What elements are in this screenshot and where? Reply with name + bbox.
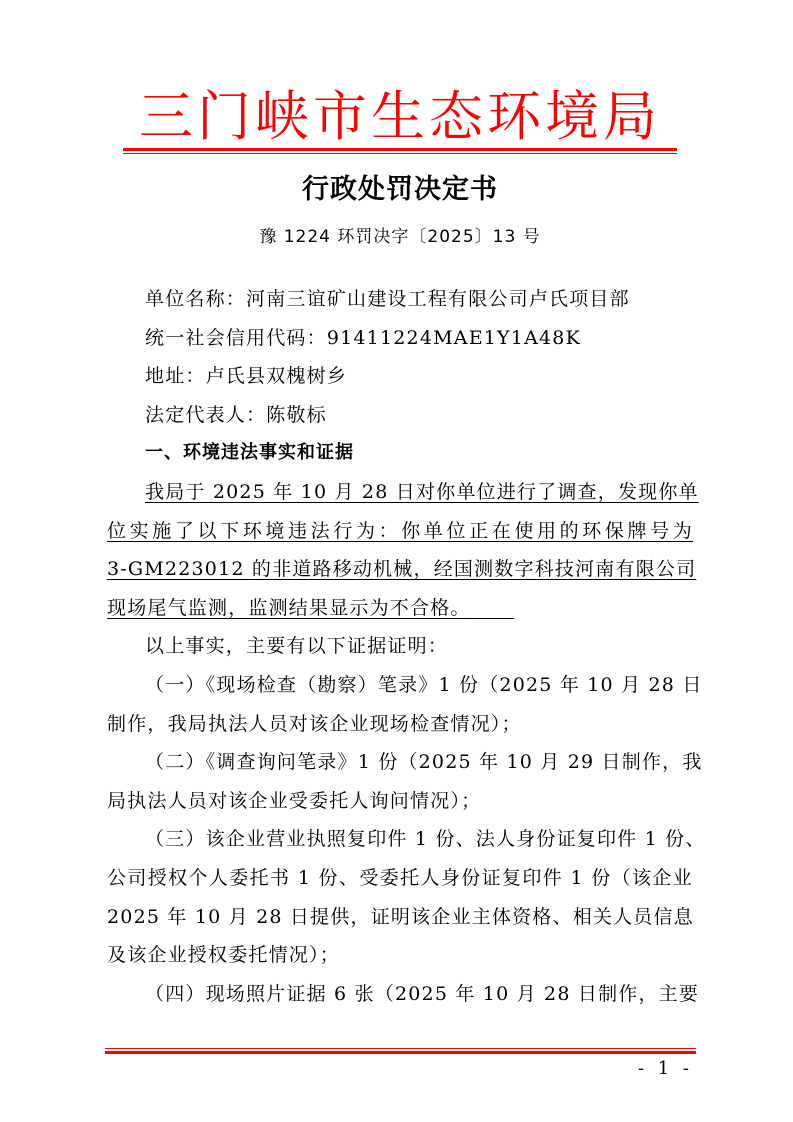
document-page: 三门峡市生态环境局 行政处罚决定书 豫 1224 环罚决字〔2025〕13 号 … [0,0,793,1122]
evidence-1-line-1: （一）《现场检查（勘察）笔录》1 份（2025 年 10 月 28 日 [107,666,693,705]
section-heading-facts: 一、环境违法事实和证据 [107,434,693,473]
evidence-3-line-4: 及该企业授权委托情况）； [107,936,693,975]
unit-name-value: 河南三谊矿山建设工程有限公司卢氏项目部 [246,288,630,310]
facts-text: 我局于 2025 年 10 月 28 日对你单位进行了调查，发现你单 [145,481,699,503]
facts-line-1: 我局于 2025 年 10 月 28 日对你单位进行了调查，发现你单 [107,473,693,512]
evidence-4-line-1: （四）现场照片证据 6 张（2025 年 10 月 28 日制作，主要 [107,975,693,1014]
footer-red-rule [105,1048,696,1055]
evidence-intro: 以上事实，主要有以下证据证明： [107,627,693,666]
address-label: 地址： [145,365,206,387]
footer-rule-thin [105,1048,696,1049]
facts-text: 位实施了以下环境违法行为：你单位正在使用的环保牌号为 [107,520,693,542]
credit-code-label: 统一社会信用代码： [145,327,327,349]
address-line: 地址：卢氏县双槐树乡 [107,357,693,396]
header-rule-thick [123,148,677,151]
evidence-3-line-2: 公司授权个人委托书 1 份、受委托人身份证复印件 1 份（该企业 [107,859,693,898]
document-body: 单位名称：河南三谊矿山建设工程有限公司卢氏项目部 统一社会信用代码：914112… [107,280,693,1013]
evidence-2-line-1: （二）《调查询问笔录》1 份（2025 年 10 月 29 日制作，我 [107,743,693,782]
evidence-2-line-2: 局执法人员对该企业受委托人询问情况）； [107,782,693,821]
agency-name-header: 三门峡市生态环境局 [100,82,700,152]
evidence-3-line-1: （三）该企业营业执照复印件 1 份、法人身份证复印件 1 份、 [107,820,693,859]
address-value: 卢氏县双槐树乡 [206,365,347,387]
legal-rep-label: 法定代表人： [145,404,266,426]
evidence-3-line-3: 2025 年 10 月 28 日提供，证明该企业主体资格、相关人员信息 [107,898,693,937]
facts-line-4: 现场尾气监测，监测结果显示为不合格。 [107,589,693,628]
page-number: - 1 - [638,1056,693,1082]
facts-line-3: 3-GM223012 的非道路移动机械，经国测数字科技河南有限公司 [107,550,693,589]
unit-name-line: 单位名称：河南三谊矿山建设工程有限公司卢氏项目部 [107,280,693,319]
header-red-rule [123,148,677,155]
credit-code-line: 统一社会信用代码：91411224MAE1Y1A48K [107,319,693,358]
legal-rep-value: 陈敬标 [266,404,327,426]
document-title: 行政处罚决定书 [100,170,700,210]
facts-line-2: 位实施了以下环境违法行为：你单位正在使用的环保牌号为 [107,512,693,551]
footer-rule-thick [105,1051,696,1054]
facts-underline-tail [471,597,514,619]
facts-text: 现场尾气监测，监测结果显示为不合格。 [107,597,471,619]
document-number: 豫 1224 环罚决字〔2025〕13 号 [100,222,700,252]
credit-code-value: 91411224MAE1Y1A48K [327,327,581,349]
facts-text: 3-GM223012 的非道路移动机械，经国测数字科技河南有限公司 [107,558,696,580]
legal-rep-line: 法定代表人：陈敬标 [107,396,693,435]
evidence-1-line-2: 制作，我局执法人员对该企业现场检查情况）； [107,705,693,744]
header-rule-thin [123,153,677,154]
unit-name-label: 单位名称： [145,288,246,310]
